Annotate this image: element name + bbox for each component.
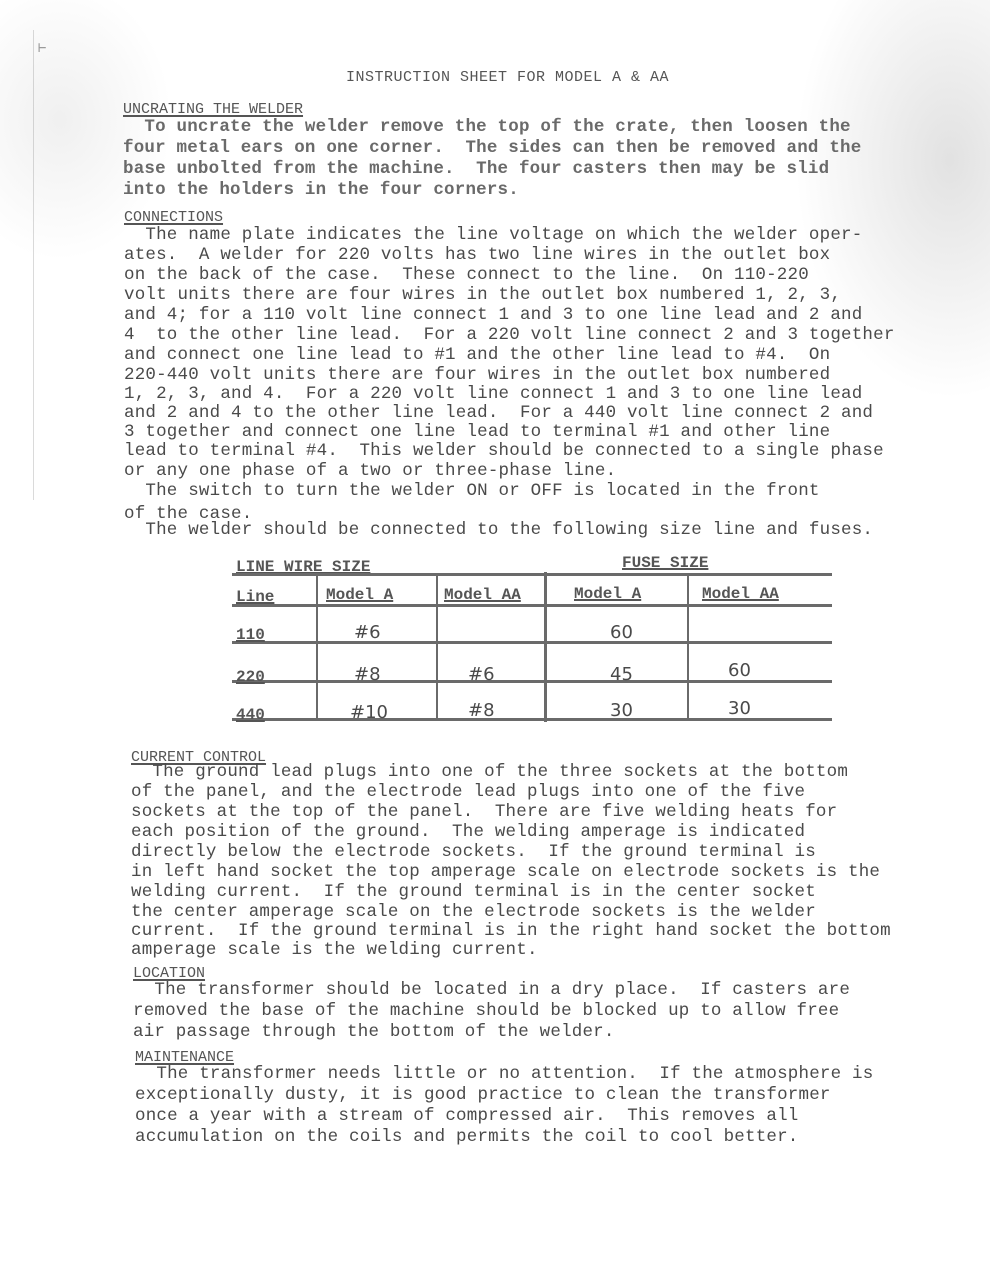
table-group-header-fuse: FUSE SIZE: [622, 554, 708, 572]
table-cell: 60: [728, 660, 751, 681]
table-rule: [232, 604, 832, 607]
paragraph-line: welding current. If the ground terminal …: [131, 882, 816, 902]
paragraph-line: The name plate indicates the line voltag…: [124, 225, 862, 245]
paragraph-line: base unbolted from the machine. The four…: [123, 159, 829, 179]
table-cell: #8: [468, 700, 495, 721]
paragraph-line: the center amperage scale on the electro…: [131, 902, 816, 922]
paragraph-line: volt units there are four wires in the o…: [124, 285, 841, 305]
paragraph-line: ates. A welder for 220 volts has two lin…: [124, 245, 830, 265]
table-divider: [436, 576, 438, 721]
column-header-line: Line: [236, 588, 274, 606]
table-cell: #8: [354, 664, 381, 685]
paragraph-line: amperage scale is the welding current.: [131, 940, 538, 960]
paragraph-line: and connect one line lead to #1 and the …: [124, 345, 830, 365]
paragraph-line: air passage through the bottom of the we…: [133, 1022, 615, 1042]
paragraph-line: accumulation on the coils and permits th…: [135, 1127, 799, 1147]
table-cell: 45: [610, 664, 633, 685]
table-cell: 30: [610, 700, 633, 721]
table-divider: [544, 572, 547, 722]
table-cell-line: 220: [236, 668, 265, 686]
table-cell: #6: [468, 664, 495, 685]
table-divider: [687, 576, 689, 721]
table-divider: [316, 576, 318, 721]
column-header-wire-model-a: Model A: [326, 586, 393, 604]
paragraph-line: 4 to the other line lead. For a 220 volt…: [124, 325, 895, 345]
column-header-wire-model-aa: Model AA: [444, 586, 521, 604]
paragraph-line: 3 together and connect one line lead to …: [124, 422, 830, 442]
paragraph-line: or any one phase of a two or three-phase…: [124, 461, 616, 481]
paragraph-line: To uncrate the welder remove the top of …: [123, 117, 851, 137]
paragraph-line: The transformer needs little or no atten…: [135, 1064, 873, 1084]
paragraph-line: The welder should be connected to the fo…: [124, 520, 873, 540]
table-cell: 30: [728, 698, 751, 719]
paragraph-line: current. If the ground terminal is in th…: [131, 921, 891, 941]
paragraph-line: sockets at the top of the panel. There a…: [131, 802, 837, 822]
paragraph-line: and 4; for a 110 volt line connect 1 and…: [124, 305, 862, 325]
paragraph-line: removed the base of the machine should b…: [133, 1001, 839, 1021]
paragraph-line: into the holders in the four corners.: [123, 180, 519, 200]
paragraph-line: The transformer should be located in a d…: [133, 980, 850, 1000]
table-rule: [232, 573, 832, 576]
paragraph-line: directly below the electrode sockets. If…: [131, 842, 816, 862]
document-title: INSTRUCTION SHEET FOR MODEL A & AA: [346, 68, 669, 88]
table-rule: [232, 641, 832, 644]
paragraph-line: four metal ears on one corner. The sides…: [123, 138, 861, 158]
scanned-page: ⊢ INSTRUCTION SHEET FOR MODEL A & AA UNC…: [0, 0, 990, 1280]
paragraph-line: The switch to turn the welder ON or OFF …: [124, 481, 820, 501]
column-header-fuse-model-a: Model A: [574, 585, 641, 603]
paragraph-line: once a year with a stream of compressed …: [135, 1106, 799, 1126]
paragraph-line: on the back of the case. These connect t…: [124, 265, 809, 285]
paragraph-line: The ground lead plugs into one of the th…: [131, 762, 848, 782]
paragraph-line: lead to terminal #4. This welder should …: [124, 441, 884, 461]
column-header-fuse-model-aa: Model AA: [702, 585, 779, 603]
scan-edge-mark: [33, 30, 34, 500]
paragraph-line: of the panel, and the electrode lead plu…: [131, 782, 805, 802]
paragraph-line: 220-440 volt units there are four wires …: [124, 365, 830, 385]
table-cell: #10: [350, 702, 388, 723]
wire-fuse-size-table: LINE WIRE SIZE FUSE SIZE Line Model A Mo…: [232, 556, 832, 726]
table-cell: #6: [354, 622, 381, 643]
paragraph-line: in left hand socket the top amperage sca…: [131, 862, 880, 882]
paragraph-line: and 2 and 4 to the other line lead. For …: [124, 403, 873, 423]
table-cell-line: 440: [236, 706, 265, 724]
paragraph-line: exceptionally dusty, it is good practice…: [135, 1085, 831, 1105]
scan-smudge-mark: ⊢: [38, 40, 46, 57]
table-cell: 60: [610, 622, 633, 643]
table-cell-line: 110: [236, 626, 265, 644]
paragraph-line: each position of the ground. The welding…: [131, 822, 805, 842]
paragraph-line: 1, 2, 3, and 4. For a 220 volt line conn…: [124, 384, 862, 404]
